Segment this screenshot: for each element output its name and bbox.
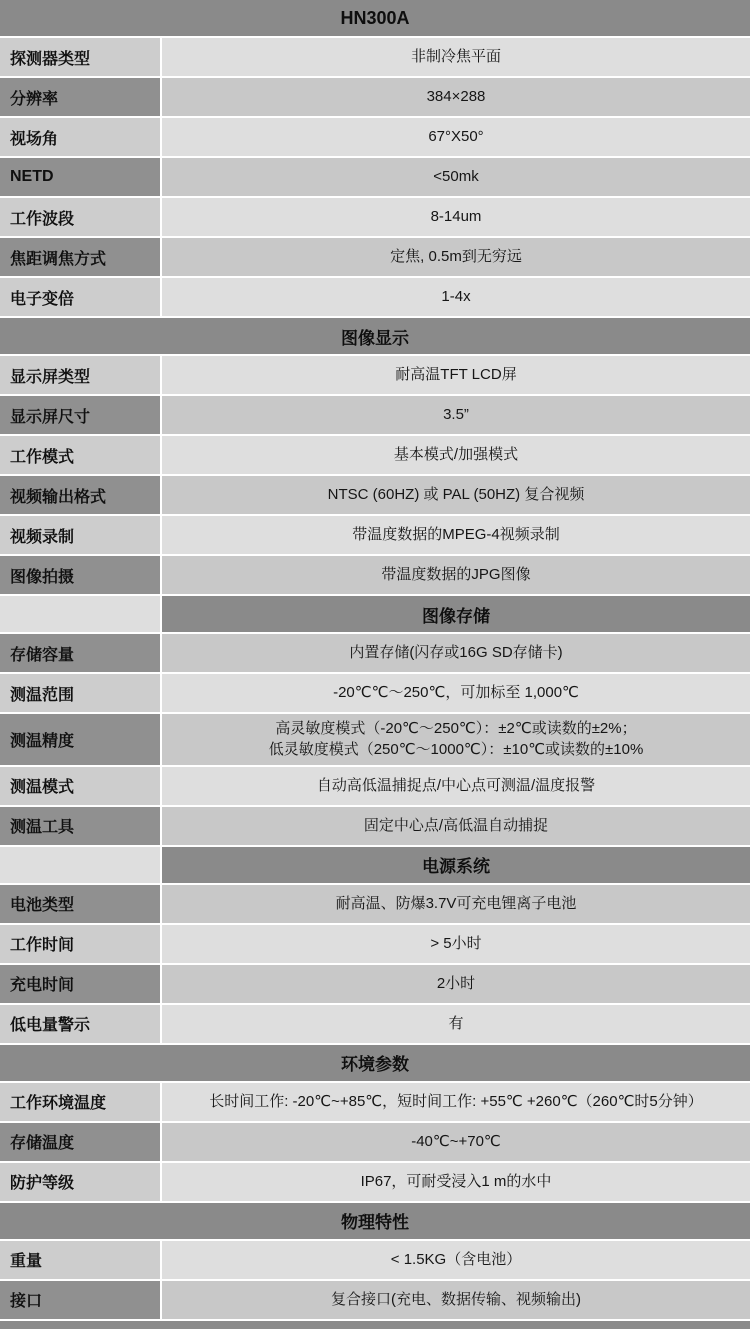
spec-value: 带温度数据的JPG图像 <box>162 556 750 594</box>
spec-label: 电子变倍 <box>0 278 162 316</box>
spec-label: 低电量警示 <box>0 1005 162 1043</box>
spec-label: 显示屏类型 <box>0 356 162 394</box>
spec-label: 工作环境温度 <box>0 1083 162 1121</box>
spec-row: 视场角67°X50° <box>0 118 750 158</box>
spec-label: 存储温度 <box>0 1123 162 1161</box>
spec-row: 电池类型耐高温、防爆3.7V可充电锂离子电池 <box>0 885 750 925</box>
spec-row: 测温精度高灵敏度模式（-20℃～250℃）：±2℃或读数的±2%；低灵敏度模式（… <box>0 714 750 767</box>
spec-label: 测温模式 <box>0 767 162 805</box>
table-title: HN300A <box>0 0 750 38</box>
spec-value: 1-4x <box>162 278 750 316</box>
section-header-spacer <box>0 847 162 883</box>
spec-label: 视场角 <box>0 118 162 156</box>
spec-value: 高灵敏度模式（-20℃～250℃）：±2℃或读数的±2%；低灵敏度模式（250℃… <box>162 714 750 765</box>
spec-row: 测温工具固定中心点/高低温自动捕捉 <box>0 807 750 847</box>
spec-label: 接口 <box>0 1281 162 1319</box>
spec-label: 视频录制 <box>0 516 162 554</box>
spec-label: 存储容量 <box>0 634 162 672</box>
spec-label: 图像拍摄 <box>0 556 162 594</box>
spec-value: 复合接口(充电、数据传输、视频输出) <box>162 1281 750 1319</box>
spec-row: 重量< 1.5KG（含电池） <box>0 1241 750 1281</box>
spec-label: 测温工具 <box>0 807 162 845</box>
spec-value: NTSC (60HZ) 或 PAL (50HZ) 复合视频 <box>162 476 750 514</box>
spec-row: 工作时间> 5小时 <box>0 925 750 965</box>
spec-value: 长时间工作: -20℃~+85℃，短时间工作: +55℃ +260℃（260℃时… <box>162 1083 750 1121</box>
spec-value: 384×288 <box>162 78 750 116</box>
spec-row: 充电时间2小时 <box>0 965 750 1005</box>
spec-label: 视频输出格式 <box>0 476 162 514</box>
spec-value: 3.5” <box>162 396 750 434</box>
section-header: 环境参数 <box>0 1045 750 1083</box>
section-header: 电源系统 <box>162 847 750 883</box>
spec-row: 工作环境温度长时间工作: -20℃~+85℃，短时间工作: +55℃ +260℃… <box>0 1083 750 1123</box>
spec-value: -20℃℃～250℃，可加标至 1,000℃ <box>162 674 750 712</box>
spec-row: 测温模式自动高低温捕捉点/中心点可测温/温度报警 <box>0 767 750 807</box>
spec-label: 工作波段 <box>0 198 162 236</box>
spec-rows-container: 探测器类型非制冷焦平面分辨率384×288视场角67°X50°NETD<50mk… <box>0 38 750 1321</box>
spec-label: 电池类型 <box>0 885 162 923</box>
spec-label: 防护等级 <box>0 1163 162 1201</box>
section-header-spacer <box>0 596 162 632</box>
spec-value: 自动高低温捕捉点/中心点可测温/温度报警 <box>162 767 750 805</box>
spec-row: 存储温度-40℃~+70℃ <box>0 1123 750 1163</box>
spec-label: 探测器类型 <box>0 38 162 76</box>
spec-value: 基本模式/加强模式 <box>162 436 750 474</box>
spec-label: 重量 <box>0 1241 162 1279</box>
spec-value: 非制冷焦平面 <box>162 38 750 76</box>
spec-row: 工作模式基本模式/加强模式 <box>0 436 750 476</box>
spec-row: 低电量警示有 <box>0 1005 750 1045</box>
spec-row: 视频输出格式NTSC (60HZ) 或 PAL (50HZ) 复合视频 <box>0 476 750 516</box>
section-header: 图像显示 <box>0 318 750 356</box>
section-header-row: 电源系统 <box>0 847 750 885</box>
spec-label: 测温范围 <box>0 674 162 712</box>
spec-value: -40℃~+70℃ <box>162 1123 750 1161</box>
spec-value: 内置存储(闪存或16G SD存储卡) <box>162 634 750 672</box>
spec-row: 显示屏类型耐高温TFT LCD屏 <box>0 356 750 396</box>
spec-row: 显示屏尺寸3.5” <box>0 396 750 436</box>
spec-value: 67°X50° <box>162 118 750 156</box>
spec-value: 带温度数据的MPEG-4视频录制 <box>162 516 750 554</box>
spec-label: 工作模式 <box>0 436 162 474</box>
spec-value: 8-14um <box>162 198 750 236</box>
spec-row: 工作波段8-14um <box>0 198 750 238</box>
spec-label: 焦距调焦方式 <box>0 238 162 276</box>
spec-table: HN300A 探测器类型非制冷焦平面分辨率384×288视场角67°X50°NE… <box>0 0 750 1329</box>
spec-value: 耐高温、防爆3.7V可充电锂离子电池 <box>162 885 750 923</box>
spec-label: NETD <box>0 158 162 196</box>
spec-value: > 5小时 <box>162 925 750 963</box>
spec-row: 分辨率384×288 <box>0 78 750 118</box>
spec-label: 分辨率 <box>0 78 162 116</box>
spec-row: NETD<50mk <box>0 158 750 198</box>
spec-row: 焦距调焦方式定焦, 0.5m到无穷远 <box>0 238 750 278</box>
spec-value: 定焦, 0.5m到无穷远 <box>162 238 750 276</box>
spec-value-line: 高灵敏度模式（-20℃～250℃）：±2℃或读数的±2%； <box>275 718 636 739</box>
spec-row: 探测器类型非制冷焦平面 <box>0 38 750 78</box>
spec-value: <50mk <box>162 158 750 196</box>
spec-value: 固定中心点/高低温自动捕捉 <box>162 807 750 845</box>
spec-row: 图像拍摄带温度数据的JPG图像 <box>0 556 750 596</box>
spec-value: < 1.5KG（含电池） <box>162 1241 750 1279</box>
spec-label: 工作时间 <box>0 925 162 963</box>
spec-label: 充电时间 <box>0 965 162 1003</box>
spec-row: 防护等级IP67，可耐受浸入1 m的水中 <box>0 1163 750 1203</box>
spec-value: 耐高温TFT LCD屏 <box>162 356 750 394</box>
spec-row: 电子变倍1-4x <box>0 278 750 318</box>
spec-row: 存储容量内置存储(闪存或16G SD存储卡) <box>0 634 750 674</box>
spec-value: 2小时 <box>162 965 750 1003</box>
spec-value: IP67，可耐受浸入1 m的水中 <box>162 1163 750 1201</box>
spec-label: 显示屏尺寸 <box>0 396 162 434</box>
spec-row: 接口复合接口(充电、数据传输、视频输出) <box>0 1281 750 1321</box>
spec-row: 视频录制带温度数据的MPEG-4视频录制 <box>0 516 750 556</box>
section-header-row: 图像存储 <box>0 596 750 634</box>
spec-value-line: 低灵敏度模式（250℃～1000℃）：±10℃或读数的±10% <box>269 739 644 760</box>
spec-row: 测温范围-20℃℃～250℃，可加标至 1,000℃ <box>0 674 750 714</box>
section-header: 图像存储 <box>162 596 750 632</box>
spec-label: 测温精度 <box>0 714 162 765</box>
bottom-section-bar <box>0 1321 750 1329</box>
section-header: 物理特性 <box>0 1203 750 1241</box>
spec-value: 有 <box>162 1005 750 1043</box>
